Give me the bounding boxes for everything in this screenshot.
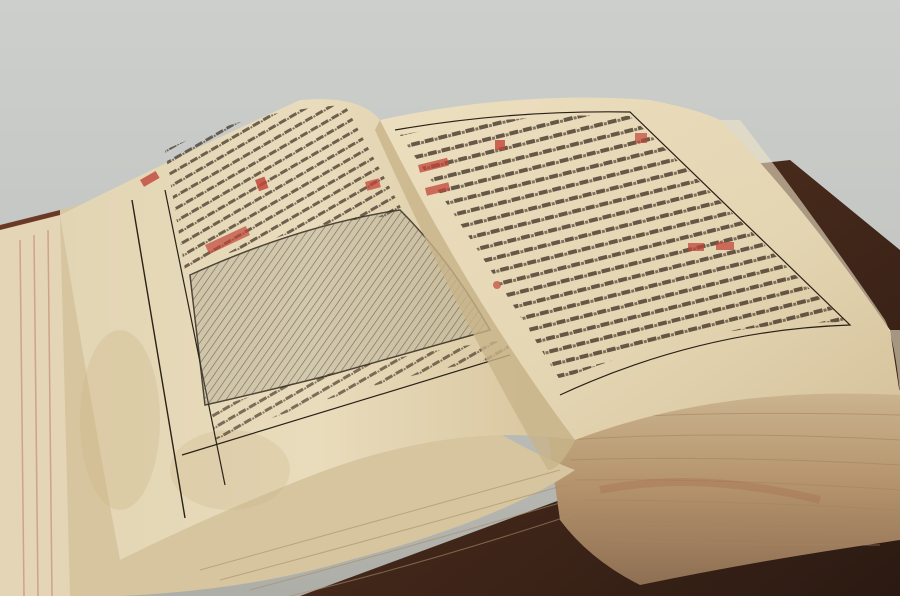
book-photo	[0, 0, 900, 596]
photo-scene: Open antique Church Slavonic printed boo…	[0, 0, 900, 596]
